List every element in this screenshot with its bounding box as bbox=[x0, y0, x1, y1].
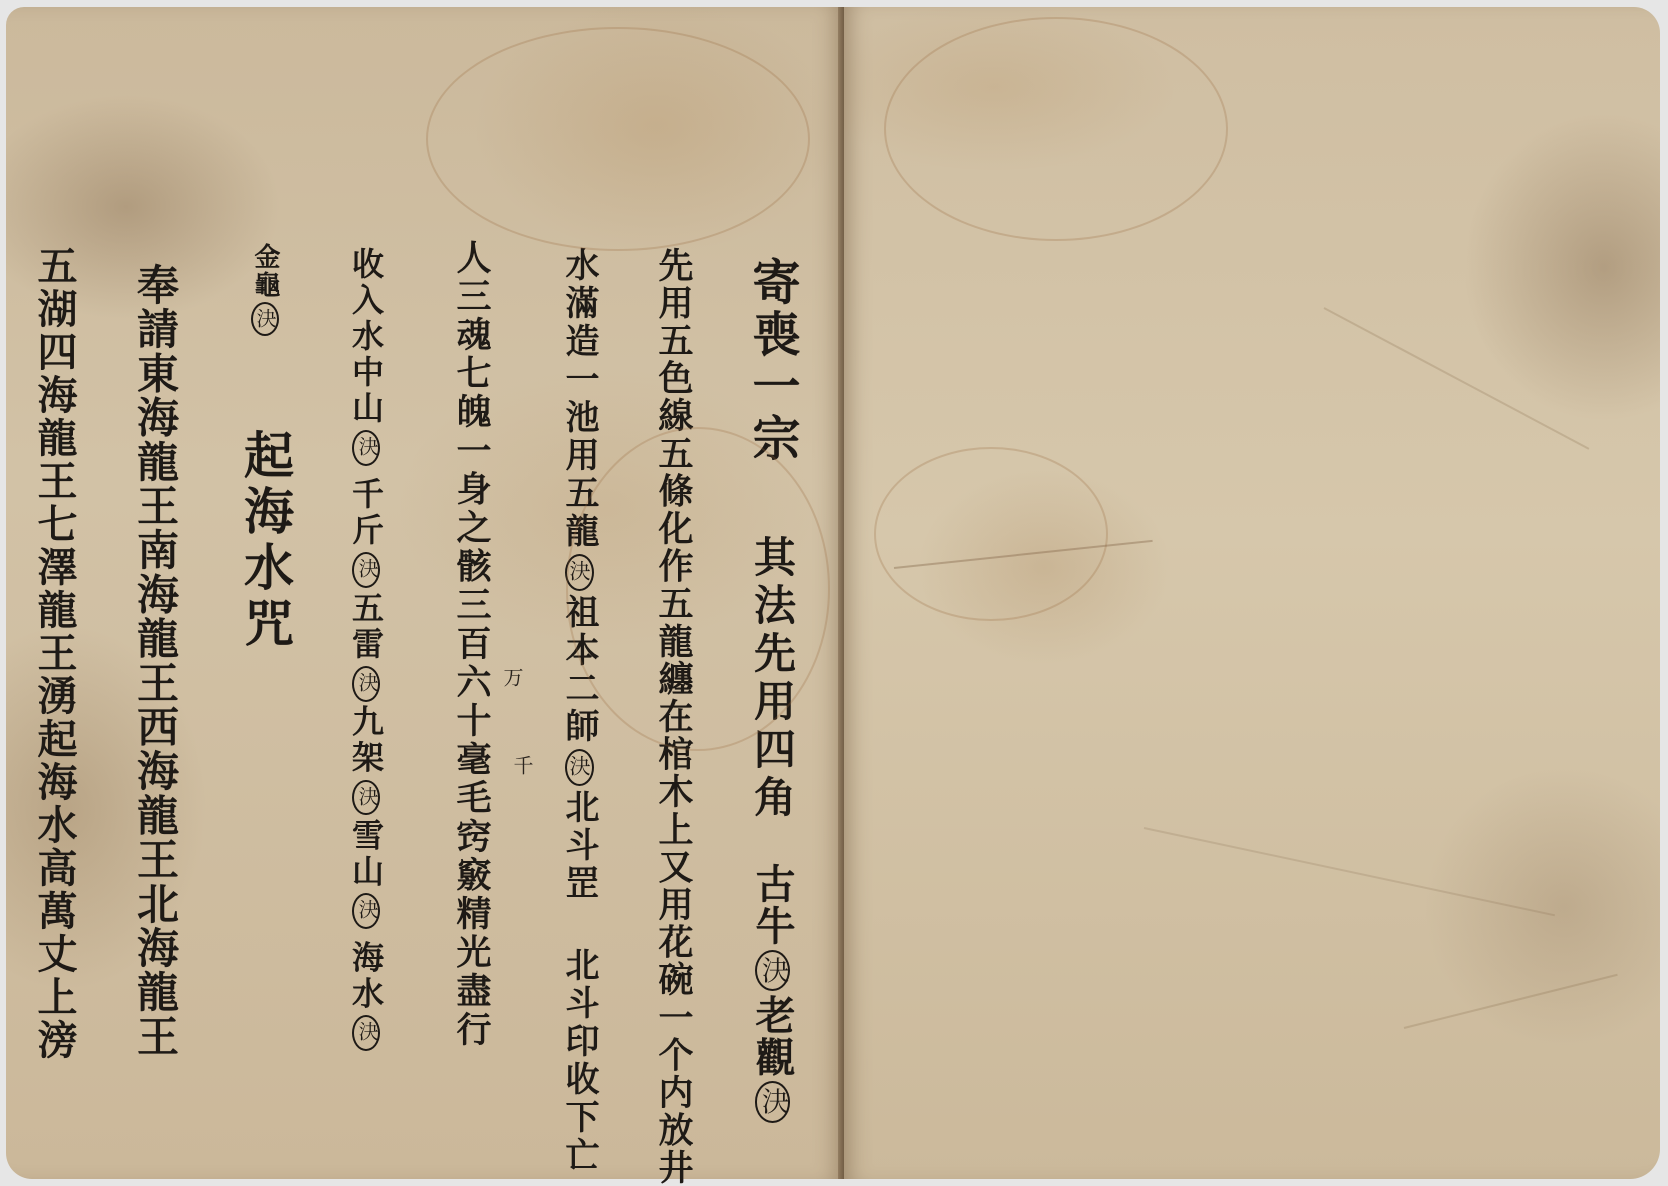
title-text: 寄喪一宗 bbox=[744, 257, 800, 465]
column-5: 收入水中山決千斤決五雷決九架決雪山決海水決 bbox=[350, 247, 382, 1054]
small-text: 金龜 bbox=[250, 243, 280, 299]
column-3: 水滿造一池用五龍決祖本二師決北斗罡 北斗印收下亡 bbox=[562, 247, 596, 1175]
margin-note: 万 bbox=[498, 667, 527, 687]
jue-seal-icon: 決 bbox=[352, 1015, 380, 1051]
paper-crease bbox=[1144, 827, 1555, 916]
jue-seal-icon: 決 bbox=[352, 780, 380, 816]
water-stain bbox=[426, 27, 810, 251]
water-stain bbox=[884, 17, 1228, 241]
column-text: 老觀 bbox=[749, 994, 796, 1078]
jue-seal-icon: 決 bbox=[755, 1081, 790, 1122]
water-stain bbox=[874, 447, 1108, 621]
column-text: 九架 bbox=[347, 705, 385, 777]
column-8: 五湖四海龍王七澤龍王湧起海水高萬丈上滂 bbox=[34, 245, 74, 1062]
jue-seal-icon: 決 bbox=[352, 430, 380, 466]
left-page: 寄喪一宗其法先用四角古牛決老觀決 先用五色線五條化作五龍纏在棺木上又用花碗一个内… bbox=[6, 7, 844, 1179]
jue-seal-icon: 決 bbox=[352, 666, 380, 702]
column-text: 奉請東海龍王南海龍王西海龍王北海龍王 bbox=[131, 263, 180, 1059]
heading-text: 起海水咒 bbox=[236, 429, 295, 653]
jue-seal-icon: 決 bbox=[352, 893, 380, 929]
column-text: 五雷 bbox=[347, 591, 385, 663]
right-page bbox=[844, 7, 1660, 1179]
jue-seal-icon: 決 bbox=[755, 950, 790, 991]
column-text: 北斗罡 北斗印收下亡 bbox=[559, 789, 599, 1175]
column-7: 奉請東海龍王南海龍王西海龍王北海龍王 bbox=[134, 263, 176, 1059]
column-text: 千斤 bbox=[347, 477, 385, 549]
column-6: 金龜決起海水咒 bbox=[240, 243, 290, 653]
column-text: 雪山 bbox=[347, 818, 385, 890]
water-stain bbox=[566, 427, 830, 751]
column-text: 海水 bbox=[347, 940, 385, 1012]
paper-crease bbox=[1324, 307, 1590, 450]
column-text: 人三魂七魄一身之骸三百六十毫毛窍竅精光盡行 bbox=[451, 239, 492, 1050]
column-text: 五湖四海龍王七澤龍王湧起海水高萬丈上滂 bbox=[31, 245, 78, 1062]
column-4: 人三魂七魄一身之骸三百六十毫毛窍竅精光盡行 bbox=[454, 239, 489, 1050]
jue-seal-icon: 決 bbox=[565, 749, 594, 786]
paper-crease bbox=[1404, 974, 1618, 1029]
margin-note: 千 bbox=[508, 755, 537, 775]
jue-seal-icon: 決 bbox=[352, 552, 380, 588]
column-text: 古牛 bbox=[749, 863, 796, 947]
open-book: 寄喪一宗其法先用四角古牛決老觀決 先用五色線五條化作五龍纏在棺木上又用花碗一个内… bbox=[0, 7, 1668, 1179]
column-text: 收入水中山 bbox=[347, 247, 385, 427]
jue-seal-icon: 決 bbox=[251, 302, 279, 336]
